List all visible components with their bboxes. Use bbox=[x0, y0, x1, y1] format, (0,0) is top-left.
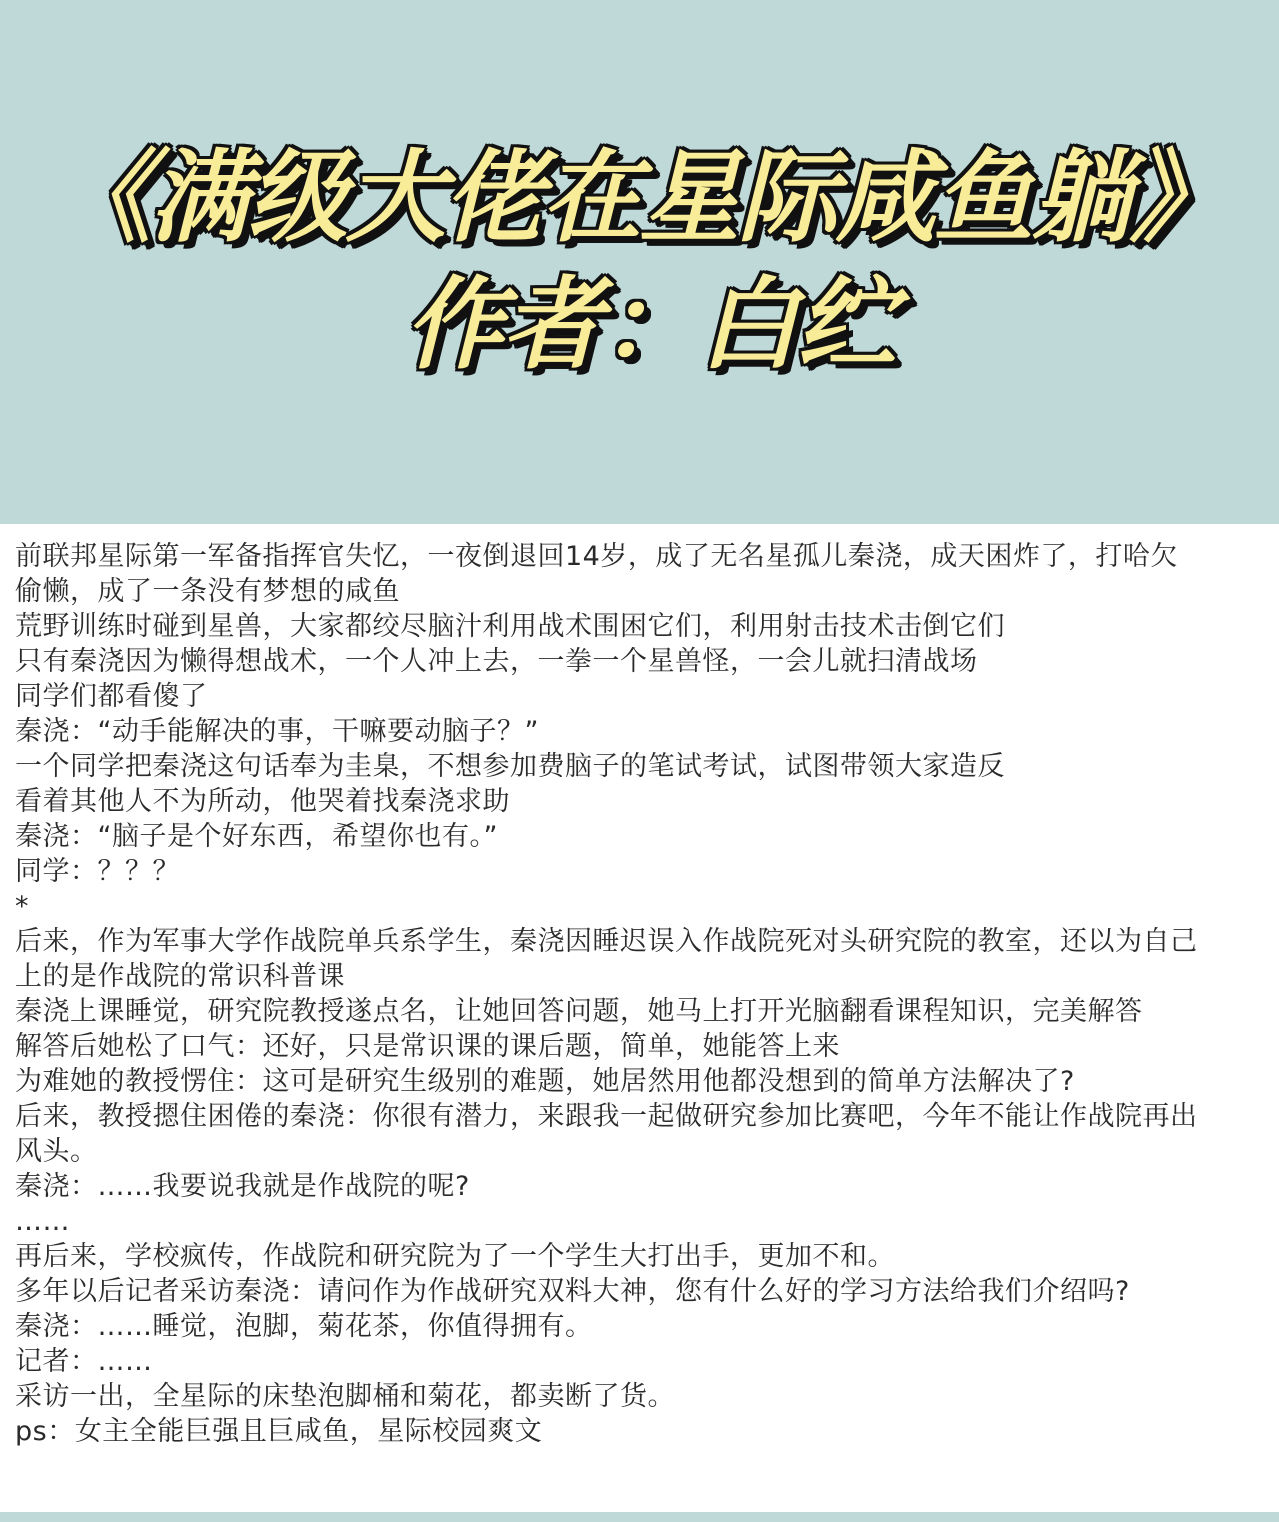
synopsis-line: 秦浇上课睡觉，研究院教授遂点名，让她回答问题，她马上打开光脑翻看课程知识，完美解… bbox=[15, 994, 1279, 1029]
synopsis-line: 秦浇：“脑子是个好东西，希望你也有。” bbox=[15, 819, 1279, 854]
synopsis-line: 记者：…… bbox=[15, 1344, 1279, 1379]
synopsis-line: 荒野训练时碰到星兽，大家都绞尽脑汁利用战术围困它们，利用射击技术击倒它们 bbox=[15, 609, 1279, 644]
synopsis-line: 秦浇：……我要说我就是作战院的呢? bbox=[15, 1169, 1279, 1204]
synopsis-line: 看着其他人不为所动，他哭着找秦浇求助 bbox=[15, 784, 1279, 819]
synopsis-line: 只有秦浇因为懒得想战术，一个人冲上去，一拳一个星兽怪，一会儿就扫清战场 bbox=[15, 644, 1279, 679]
synopsis-body: 前联邦星际第一军备指挥官失忆，一夜倒退回14岁，成了无名星孤儿秦浇，成天困炸了，… bbox=[0, 524, 1279, 1512]
synopsis-line: 解答后她松了口气：还好，只是常识课的课后题，简单，她能答上来 bbox=[15, 1029, 1279, 1064]
synopsis-line: 秦浇：……睡觉，泡脚，菊花茶，你值得拥有。 bbox=[15, 1309, 1279, 1344]
synopsis-line: 偷懒，成了一条没有梦想的咸鱼 bbox=[15, 574, 1279, 609]
synopsis-line: 秦浇：“动手能解决的事，干嘛要动脑子？” bbox=[15, 714, 1279, 749]
synopsis-line: 上的是作战院的常识科普课 bbox=[15, 959, 1279, 994]
synopsis-line: * bbox=[15, 889, 1279, 924]
synopsis-line: 后来，教授摁住困倦的秦浇：你很有潜力，来跟我一起做研究参加比赛吧，今年不能让作战… bbox=[15, 1099, 1279, 1134]
synopsis-line: 后来，作为军事大学作战院单兵系学生，秦浇因睡迟误入作战院死对头研究院的教室，还以… bbox=[15, 924, 1279, 959]
synopsis-line: ps：女主全能巨强且巨咸鱼，星际校园爽文 bbox=[15, 1414, 1279, 1449]
bottom-border bbox=[0, 1512, 1279, 1522]
synopsis-line: 同学：？？？ bbox=[15, 854, 1279, 889]
synopsis-line: 为难她的教授愣住：这可是研究生级别的难题，她居然用他都没想到的简单方法解决了? bbox=[15, 1064, 1279, 1099]
synopsis-line: 风头。 bbox=[15, 1134, 1279, 1169]
synopsis-line: 同学们都看傻了 bbox=[15, 679, 1279, 714]
synopsis-line: 采访一出，全星际的床垫泡脚桶和菊花，都卖断了货。 bbox=[15, 1379, 1279, 1414]
synopsis-line: 再后来，学校疯传，作战院和研究院为了一个学生大打出手，更加不和。 bbox=[15, 1239, 1279, 1274]
synopsis-line: 前联邦星际第一军备指挥官失忆，一夜倒退回14岁，成了无名星孤儿秦浇，成天困炸了，… bbox=[15, 539, 1279, 574]
synopsis-line: …… bbox=[15, 1204, 1279, 1239]
book-title: 《满级大佬在星际咸鱼躺》 bbox=[0, 138, 1279, 258]
cover-header: 《满级大佬在星际咸鱼躺》 作者：白纻 bbox=[0, 0, 1279, 524]
synopsis-line: 多年以后记者采访秦浇：请问作为作战研究双料大神，您有什么好的学习方法给我们介绍吗… bbox=[15, 1274, 1279, 1309]
synopsis-line: 一个同学把秦浇这句话奉为圭臬，不想参加费脑子的笔试考试，试图带领大家造反 bbox=[15, 749, 1279, 784]
book-author: 作者：白纻 bbox=[0, 265, 1279, 385]
